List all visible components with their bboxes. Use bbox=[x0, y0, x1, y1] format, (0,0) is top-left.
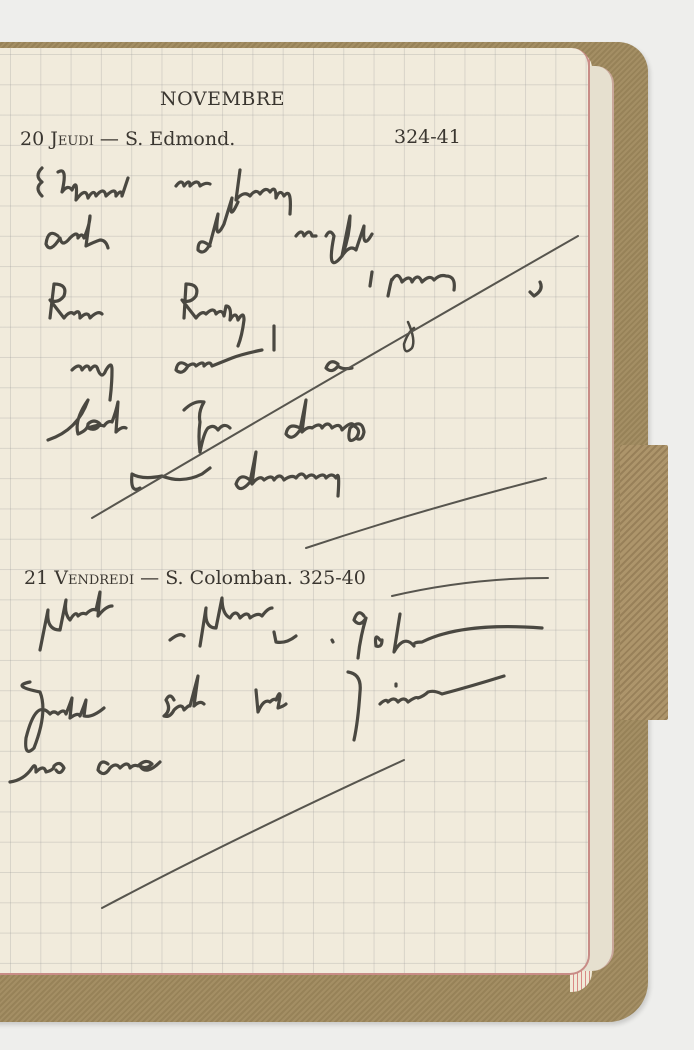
strike-line bbox=[306, 478, 546, 548]
strike-line bbox=[392, 578, 548, 596]
handwriting-ink bbox=[0, 0, 694, 1050]
strike-line bbox=[102, 760, 404, 908]
